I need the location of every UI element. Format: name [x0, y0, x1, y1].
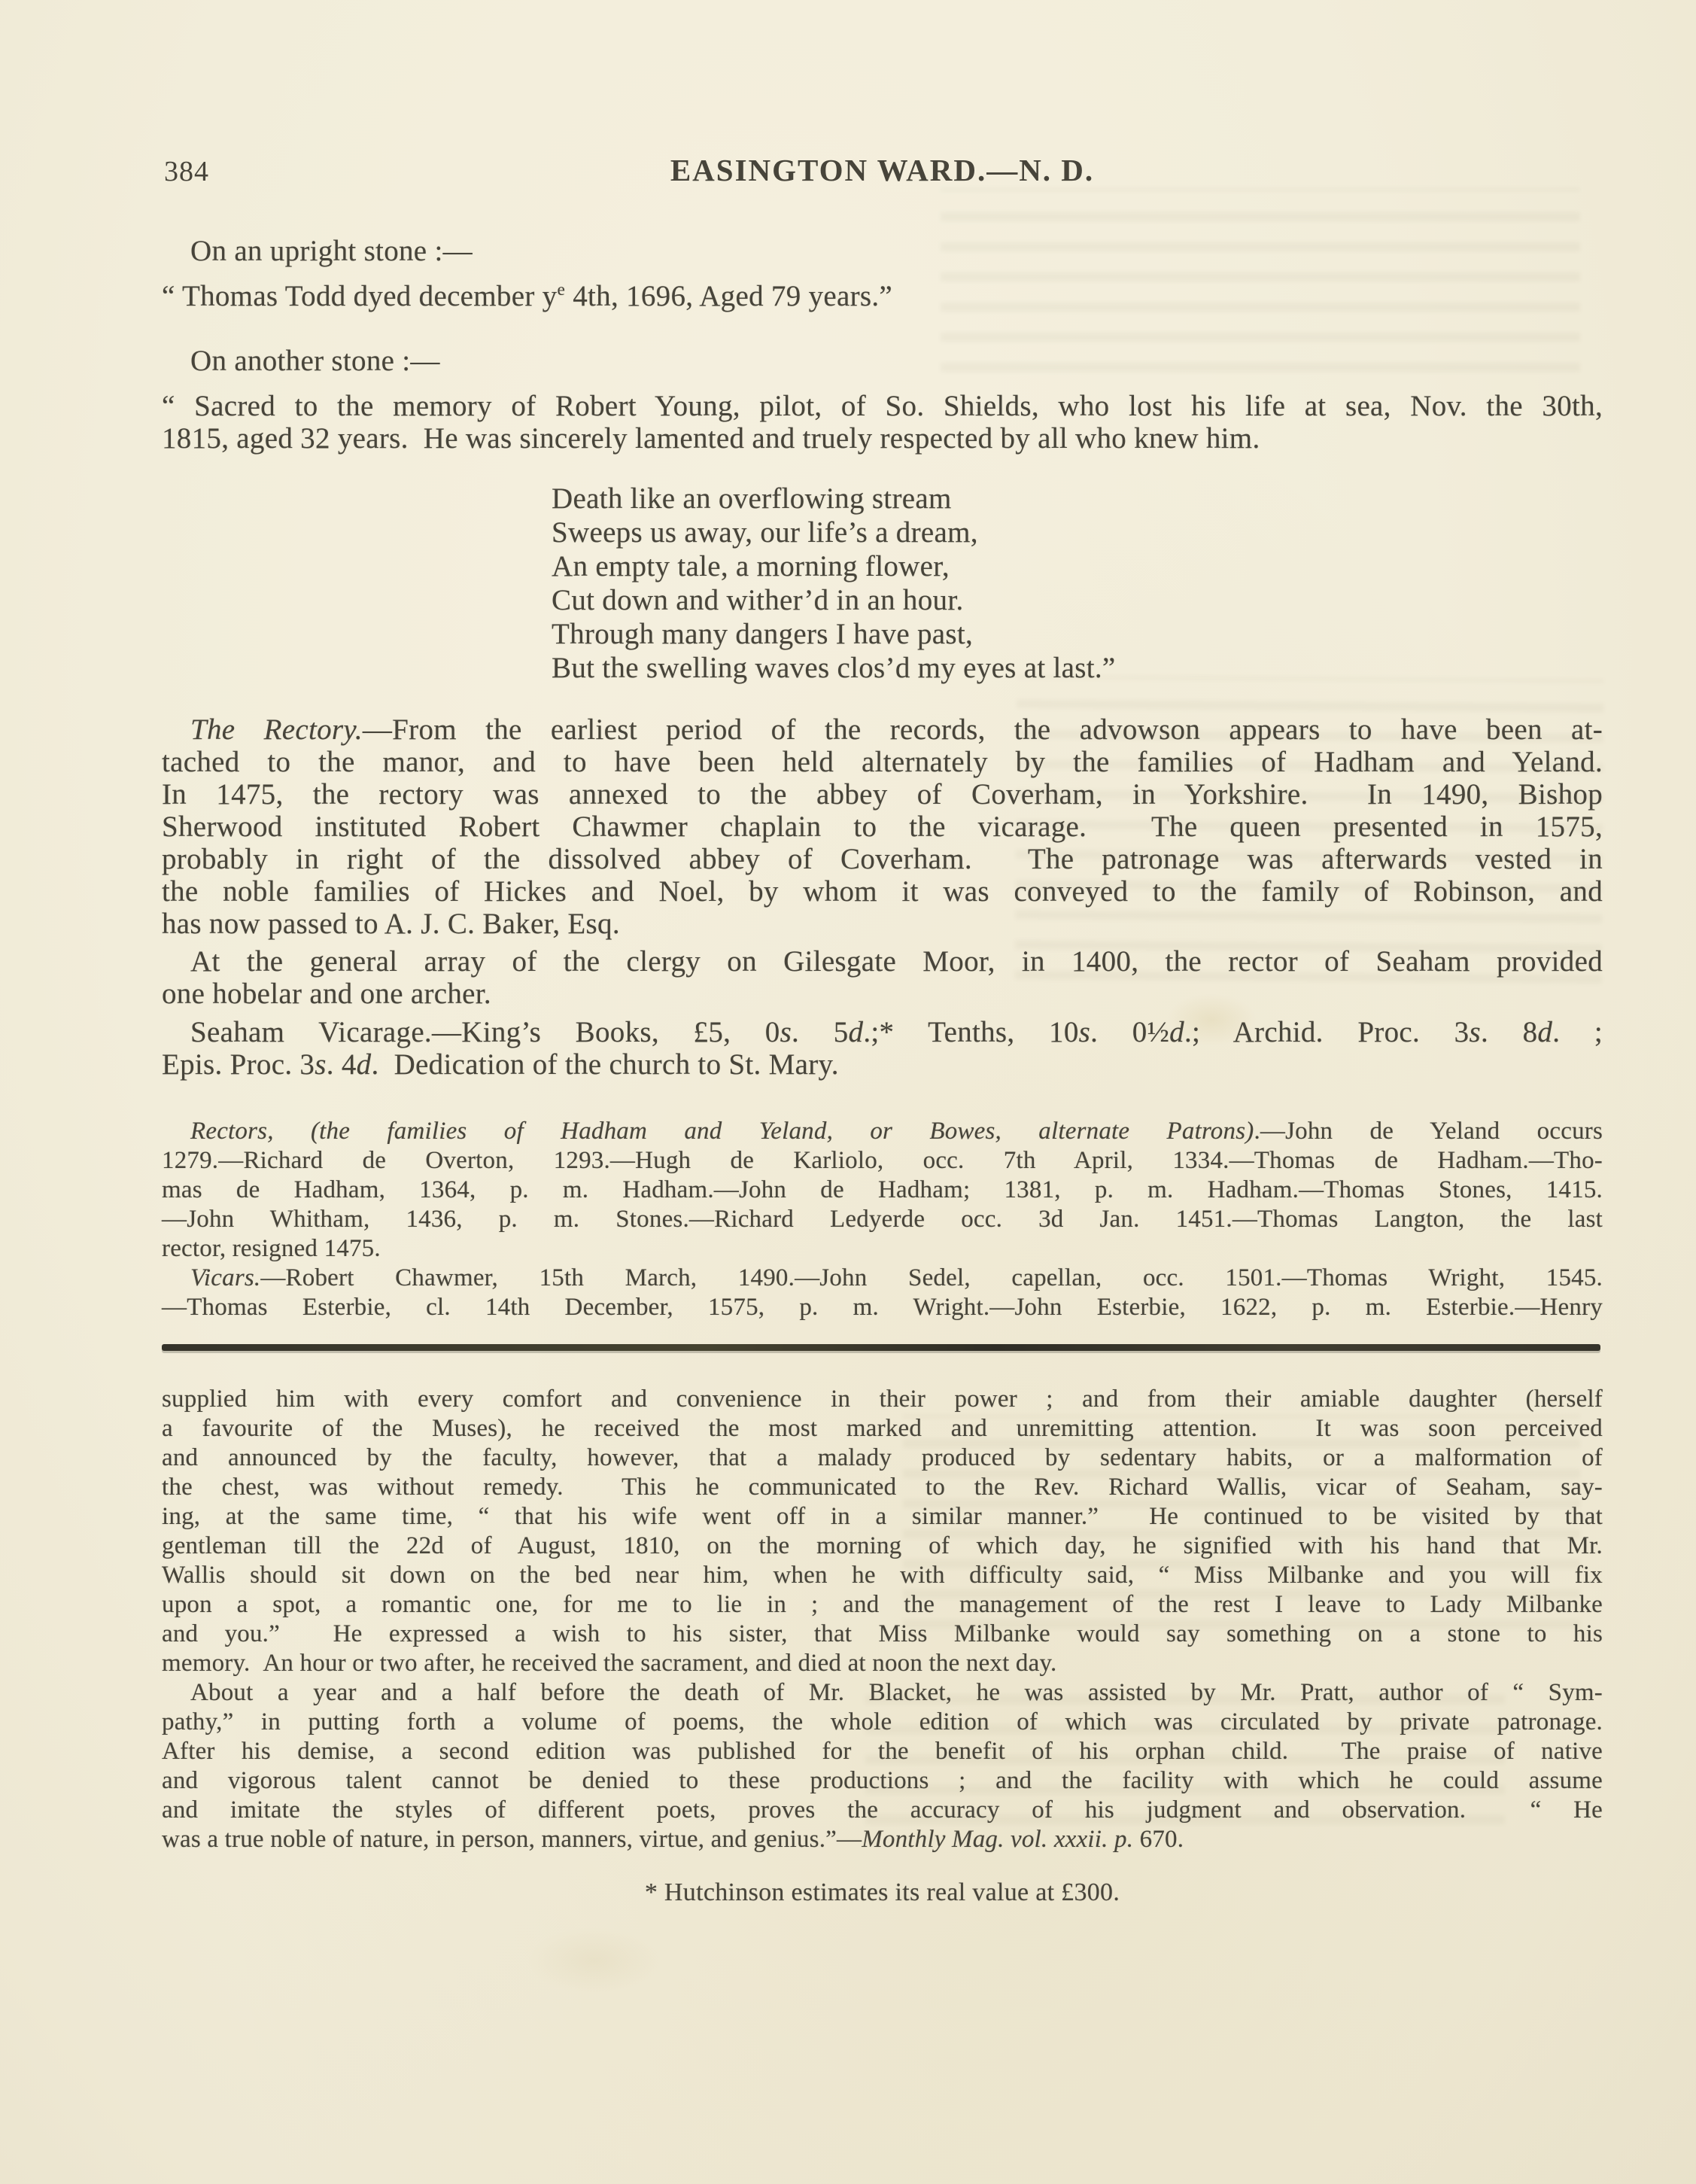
paper-stain	[527, 1927, 662, 1994]
text-line: upon a spot, a romantic one, for me to l…	[162, 1590, 1603, 1620]
text-line: ing, at the same time, “ that his wife w…	[162, 1502, 1603, 1532]
footnote-asterisk-note: * Hutchinson estimates its real value at…	[162, 1878, 1603, 1907]
text-line: At the general array of the clergy on Gi…	[162, 945, 1603, 978]
text-line: was a true noble of nature, in person, m…	[162, 1825, 1603, 1854]
list-vicars: Vicars.—Robert Chawmer, 15th March, 1490…	[162, 1264, 1603, 1322]
inscription-thomas-todd: “ Thomas Todd dyed december ye 4th, 1696…	[162, 280, 1603, 312]
text-line: rector, resigned 1475.	[162, 1234, 1603, 1264]
text-line: “ Thomas Todd dyed december ye 4th, 1696…	[162, 280, 1603, 312]
text-line: Through many dangers I have past,	[552, 617, 1417, 651]
text-line: and imitate the styles of different poet…	[162, 1796, 1603, 1825]
footnote-paragraph-poems: About a year and a half before the death…	[162, 1678, 1603, 1854]
text-line: has now passed to A. J. C. Baker, Esq.	[162, 908, 1603, 940]
text-line: gentleman till the 22d of August, 1810, …	[162, 1532, 1603, 1561]
text-line: On an upright stone :—	[162, 235, 1603, 267]
paragraph-seaham-vicarage: Seaham Vicarage.—King’s Books, £5, 0s. 5…	[162, 1016, 1603, 1081]
text-line: pathy,” in putting forth a volume of poe…	[162, 1708, 1603, 1737]
inscription-robert-young: “ Sacred to the memory of Robert Young, …	[162, 390, 1603, 455]
text-line: probably in right of the dissolved abbey…	[162, 843, 1603, 875]
text-line: Sherwood instituted Robert Chawmer chapl…	[162, 811, 1603, 843]
text-line: About a year and a half before the death…	[162, 1678, 1603, 1708]
text-line: Sweeps us away, our life’s a dream,	[552, 516, 1417, 549]
text-line: tached to the manor, and to have been he…	[162, 746, 1603, 778]
text-line: On another stone :—	[162, 345, 1603, 377]
text-line: In 1475, the rectory was annexed to the …	[162, 778, 1603, 811]
text-line: Epis. Proc. 3s. 4d. Dedication of the ch…	[162, 1048, 1603, 1081]
running-title: EASINGTON WARD.—N. D.	[162, 152, 1603, 188]
text-line: An empty tale, a morning flower,	[552, 549, 1417, 583]
text-line: Vicars.—Robert Chawmer, 15th March, 1490…	[162, 1264, 1603, 1293]
footnote-separator-rule	[162, 1344, 1600, 1351]
text-line: Wallis should sit down on the bed near h…	[162, 1561, 1603, 1590]
text-line: —John Whitham, 1436, p. m. Stones.—Richa…	[162, 1205, 1603, 1234]
epitaph-verse: Death like an overflowing streamSweeps u…	[552, 482, 1417, 685]
text-line: the chest, was without remedy. This he c…	[162, 1473, 1603, 1502]
text-line: one hobelar and one archer.	[162, 978, 1603, 1010]
footnote-paragraph-deathbed: supplied him with every comfort and conv…	[162, 1385, 1603, 1678]
text-line: mas de Hadham, 1364, p. m. Hadham.—John …	[162, 1176, 1603, 1205]
text-line: Seaham Vicarage.—King’s Books, £5, 0s. 5…	[162, 1016, 1603, 1048]
text-line: “ Sacred to the memory of Robert Young, …	[162, 390, 1603, 422]
text-line: and announced by the faculty, however, t…	[162, 1443, 1603, 1473]
text-line: 1815, aged 32 years. He was sincerely la…	[162, 422, 1603, 455]
text-line: 1279.—Richard de Overton, 1293.—Hugh de …	[162, 1146, 1603, 1176]
text-line: —Thomas Esterbie, cl. 14th December, 157…	[162, 1293, 1603, 1322]
text-line: supplied him with every comfort and conv…	[162, 1385, 1603, 1414]
text-line: Rectors, (the families of Hadham and Yel…	[162, 1117, 1603, 1146]
text-line: and vigorous talent cannot be denied to …	[162, 1766, 1603, 1796]
text-line: and you.” He expressed a wish to his sis…	[162, 1620, 1603, 1649]
text-line: memory. An hour or two after, he receive…	[162, 1649, 1603, 1678]
paragraph-upright-stone-intro: On an upright stone :—	[162, 235, 1603, 267]
text-line: But the swelling waves clos’d my eyes at…	[552, 651, 1417, 685]
text-line: the noble families of Hickes and Noel, b…	[162, 875, 1603, 908]
text-line: After his demise, a second edition was p…	[162, 1737, 1603, 1766]
text-line: The Rectory.—From the earliest period of…	[162, 713, 1603, 746]
text-line: a favourite of the Muses), he received t…	[162, 1414, 1603, 1443]
list-rectors: Rectors, (the families of Hadham and Yel…	[162, 1117, 1603, 1264]
paragraph-another-stone-intro: On another stone :—	[162, 345, 1603, 377]
text-line: Cut down and wither’d in an hour.	[552, 583, 1417, 617]
paragraph-clergy-array: At the general array of the clergy on Gi…	[162, 945, 1603, 1010]
book-page-scan: 384 EASINGTON WARD.—N. D. On an upright …	[0, 0, 1696, 2184]
paragraph-the-rectory: The Rectory.—From the earliest period of…	[162, 713, 1603, 940]
text-line: Death like an overflowing stream	[552, 482, 1417, 516]
